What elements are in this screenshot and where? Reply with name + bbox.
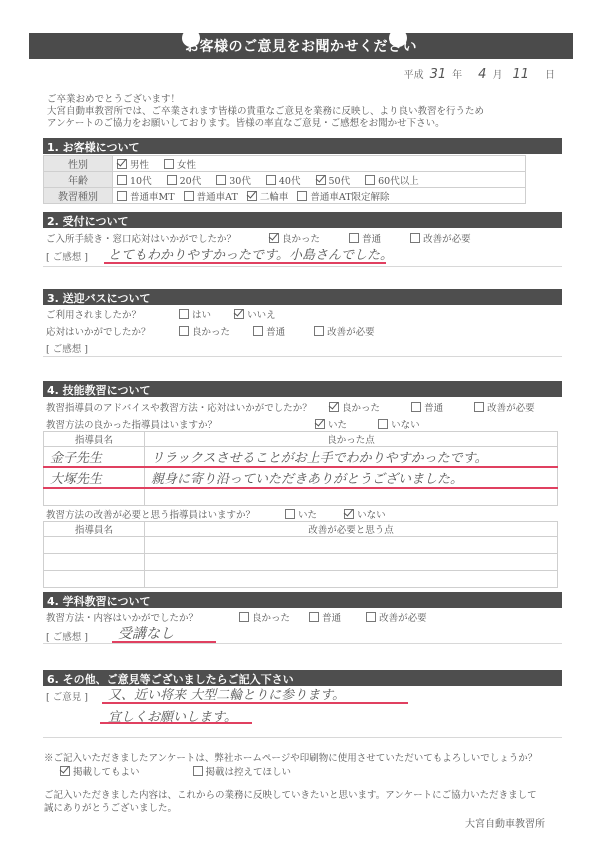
checkbox-icon[interactable] (474, 402, 484, 412)
option-yes[interactable]: いた (315, 417, 347, 431)
course-type-label: 教習種別 (44, 188, 113, 204)
good-instructor-table: 指導員名 良かった点 金子先生 リラックスさせることがお上手でわかりやすかったで… (43, 431, 558, 506)
checkbox-icon[interactable] (184, 191, 194, 201)
improve-instructor-row: 教習方法の改善が必要と思う指導員はいますか？ いた いない (46, 507, 398, 521)
improve-point-cell[interactable] (145, 571, 558, 588)
option-no[interactable]: いいえ (234, 307, 276, 321)
checkbox-icon[interactable] (366, 612, 376, 622)
checkbox-checked-icon[interactable] (234, 309, 244, 319)
intro-line: アンケートのご協力をお願いしております。皆様の率直なご意見・ご感想をお聞かせ下さ… (47, 118, 567, 130)
reception-comment[interactable]: とてもわかりやすかったです。小島さんでした。 (108, 244, 393, 263)
option-female[interactable]: 女性 (164, 157, 196, 171)
table-row (44, 488, 558, 506)
closing-line: 誠にありがとうございました。 (44, 800, 177, 814)
other-comment-line1[interactable]: 又、近い将来 大型二輪とりに参ります。 (108, 684, 345, 703)
option-decline-publish[interactable]: 掲載は控えてほしい (193, 764, 292, 778)
instructor-name-cell[interactable]: 金子先生 (44, 447, 145, 468)
option-needs-improvement[interactable]: 改善が必要 (410, 231, 471, 245)
checkbox-icon[interactable] (117, 175, 127, 185)
consent-question: ※ご記入いただきましたアンケートは、弊社ホームページや印刷物に使用させていただい… (44, 750, 537, 764)
good-point-cell[interactable]: 親身に寄り沿っていただきありがとうございました。 (145, 467, 558, 488)
checkbox-icon[interactable] (378, 419, 388, 429)
divider (43, 266, 562, 267)
column-header: 良かった点 (145, 432, 558, 447)
instructor-name-cell[interactable] (44, 488, 145, 506)
comment-label: [ ご感想 ] (46, 341, 88, 355)
intro-text: ご卒業おめでとうございます！ 大宮自動車教習所では、ご卒業されます皆様の貴重なご… (47, 94, 567, 130)
option-no[interactable]: いない (378, 417, 420, 431)
instructor-name-cell[interactable]: 大塚先生 (44, 467, 145, 488)
gender-label: 性別 (44, 156, 113, 172)
option-normal[interactable]: 普通 (349, 231, 381, 245)
checkbox-icon[interactable] (179, 326, 189, 336)
age-options: 10代 20代 30代 40代 50代 60代以上 (113, 172, 526, 188)
option-normal[interactable]: 普通 (411, 400, 443, 414)
checkbox-checked-icon[interactable] (247, 191, 257, 201)
checkbox-icon[interactable] (285, 509, 295, 519)
improve-instructor-table: 指導員名 改善が必要と思う点 (43, 521, 558, 588)
checkbox-checked-icon[interactable] (329, 402, 339, 412)
option-yes[interactable]: はい (179, 307, 211, 321)
bus-service-row: 応対はいかがでしたか？ 良かった 普通 改善が必要 (46, 324, 387, 338)
option-needs-improvement[interactable]: 改善が必要 (366, 610, 427, 624)
divider (43, 643, 562, 644)
option-yes[interactable]: いた (285, 507, 317, 521)
day-value[interactable]: 11 (512, 67, 529, 82)
question-text: ご入所手続き・窓口応対はいかがでしたか？ (46, 231, 266, 245)
checkbox-checked-icon[interactable] (315, 419, 325, 429)
year-value[interactable]: 31 (430, 67, 447, 82)
table-row (44, 537, 558, 554)
red-underline (100, 722, 252, 724)
page-title: お客様のご意見をお聞かせください (29, 36, 573, 56)
option-60s-plus[interactable]: 60代以上 (365, 173, 419, 187)
section-header-academic-lessons: 4. 学科教習について (43, 592, 562, 608)
section-header-customer: 1. お客様について (43, 138, 562, 154)
divider (43, 356, 562, 357)
section-header-reception: 2. 受付について (43, 212, 562, 228)
table-row (44, 554, 558, 571)
checkbox-checked-icon[interactable] (269, 233, 279, 243)
column-header: 指導員名 (44, 522, 145, 537)
red-underline (104, 262, 386, 264)
date-line: 平成 31 年 4 月 11 日 (404, 66, 555, 82)
consent-options: 掲載してもよい 掲載は控えてほしい (60, 764, 303, 778)
option-good[interactable]: 良かった (179, 324, 230, 338)
option-10s[interactable]: 10代 (117, 173, 152, 187)
question-text: 教習方法の良かった指導員はいますか？ (46, 417, 312, 431)
option-needs-improvement[interactable]: 改善が必要 (474, 400, 535, 414)
closing-line: ご記入いただきました内容は、これからの業務に反映していきたいと思います。アンケー… (44, 787, 537, 801)
comment-label: [ ご感想 ] (46, 629, 88, 643)
checkbox-checked-icon[interactable] (60, 766, 70, 776)
option-no[interactable]: いない (344, 507, 386, 521)
question-text: ご利用されましたか？ (46, 307, 176, 321)
checkbox-icon[interactable] (411, 402, 421, 412)
checkbox-icon[interactable] (314, 326, 324, 336)
question-text: 教習指導員のアドバイスや教習方法・応対はいかがでしたか？ (46, 400, 326, 414)
option-needs-improvement[interactable]: 改善が必要 (314, 324, 375, 338)
checkbox-icon[interactable] (167, 175, 177, 185)
section-header-skill-lessons: 4. 技能教習について (43, 381, 562, 397)
instructor-name-cell[interactable] (44, 537, 145, 554)
option-mt[interactable]: 普通車MT (117, 189, 175, 203)
customer-info-table: 性別 男性 女性 年齢 10代 20代 30代 40代 50代 60代以上 教習… (43, 155, 526, 204)
option-30s[interactable]: 30代 (216, 173, 251, 187)
checkbox-icon[interactable] (309, 612, 319, 622)
column-header: 改善が必要と思う点 (145, 522, 558, 537)
option-normal[interactable]: 普通 (309, 610, 341, 624)
checkbox-checked-icon[interactable] (316, 175, 326, 185)
checkbox-icon[interactable] (266, 175, 276, 185)
intro-line: ご卒業おめでとうございます！ (47, 94, 567, 106)
signature: 大宮自動車教習所 (465, 815, 545, 830)
option-good[interactable]: 良かった (329, 400, 380, 414)
checkbox-icon[interactable] (410, 233, 420, 243)
academic-question-row: 教習方法・内容はいかがでしたか？ 良かった 普通 改善が必要 (46, 610, 439, 624)
intro-line: 大宮自動車教習所では、ご卒業されます皆様の貴重なご意見を業務に反映し、より良い教… (47, 106, 567, 118)
instructor-advice-row: 教習指導員のアドバイスや教習方法・応対はいかがでしたか？ 良かった 普通 改善が… (46, 400, 547, 414)
option-male[interactable]: 男性 (117, 157, 149, 171)
checkbox-icon[interactable] (239, 612, 249, 622)
table-row: 大塚先生 親身に寄り沿っていただきありがとうございました。 (44, 467, 558, 488)
month-label: 月 (492, 66, 502, 81)
day-label: 日 (545, 66, 555, 81)
option-normal[interactable]: 普通 (253, 324, 285, 338)
checkbox-icon[interactable] (253, 326, 263, 336)
improve-point-cell[interactable] (145, 554, 558, 571)
course-type-options: 普通車MT 普通車AT 二輪車 普通車AT限定解除 (113, 188, 526, 204)
option-at-release[interactable]: 普通車AT限定解除 (297, 189, 389, 203)
reception-question-row: ご入所手続き・窓口応対はいかがでしたか？ 良かった 普通 改善が必要 (46, 231, 483, 245)
option-allow-publish[interactable]: 掲載してもよい (60, 764, 140, 778)
question-text: 教習方法の改善が必要と思う指導員はいますか？ (46, 507, 282, 521)
checkbox-icon[interactable] (297, 191, 307, 201)
option-40s[interactable]: 40代 (266, 173, 301, 187)
instructor-name-cell[interactable] (44, 571, 145, 588)
improve-point-cell[interactable] (145, 537, 558, 554)
year-label: 年 (452, 66, 462, 81)
option-motorcycle[interactable]: 二輪車 (247, 189, 289, 203)
checkbox-icon[interactable] (365, 175, 375, 185)
option-at[interactable]: 普通車AT (184, 189, 238, 203)
good-instructor-row: 教習方法の良かった指導員はいますか？ いた いない (46, 417, 432, 431)
divider (43, 737, 562, 738)
comment-label: [ ご感想 ] (46, 249, 88, 263)
good-point-cell[interactable]: リラックスさせることがお上手でわかりやすかったです。 (145, 447, 558, 468)
good-point-cell[interactable] (145, 488, 558, 506)
instructor-name-cell[interactable] (44, 554, 145, 571)
checkbox-icon[interactable] (193, 766, 203, 776)
comment-label: [ ご意見 ] (46, 689, 88, 703)
question-text: 教習方法・内容はいかがでしたか？ (46, 610, 236, 624)
option-good[interactable]: 良かった (239, 610, 290, 624)
checkbox-icon[interactable] (216, 175, 226, 185)
checkbox-icon[interactable] (164, 159, 174, 169)
checkbox-checked-icon[interactable] (344, 509, 354, 519)
checkbox-icon[interactable] (179, 309, 189, 319)
column-header: 指導員名 (44, 432, 145, 447)
option-50s[interactable]: 50代 (316, 173, 351, 187)
month-value[interactable]: 4 (478, 67, 486, 82)
option-20s[interactable]: 20代 (167, 173, 202, 187)
checkbox-icon[interactable] (349, 233, 359, 243)
age-label: 年齢 (44, 172, 113, 188)
table-row: 金子先生 リラックスさせることがお上手でわかりやすかったです。 (44, 447, 558, 468)
gender-options: 男性 女性 (113, 156, 526, 172)
checkbox-icon[interactable] (117, 191, 127, 201)
era-label: 平成 (404, 66, 424, 81)
section-header-shuttle-bus: 3. 送迎バスについて (43, 289, 562, 305)
checkbox-checked-icon[interactable] (117, 159, 127, 169)
table-row (44, 571, 558, 588)
option-good[interactable]: 良かった (269, 231, 320, 245)
bus-used-row: ご利用されましたか？ はい いいえ (46, 307, 288, 321)
question-text: 応対はいかがでしたか？ (46, 324, 176, 338)
academic-comment[interactable]: 受講なし (118, 623, 174, 643)
title-banner: お客様のご意見をお聞かせください (29, 33, 573, 59)
red-underline (102, 702, 408, 704)
